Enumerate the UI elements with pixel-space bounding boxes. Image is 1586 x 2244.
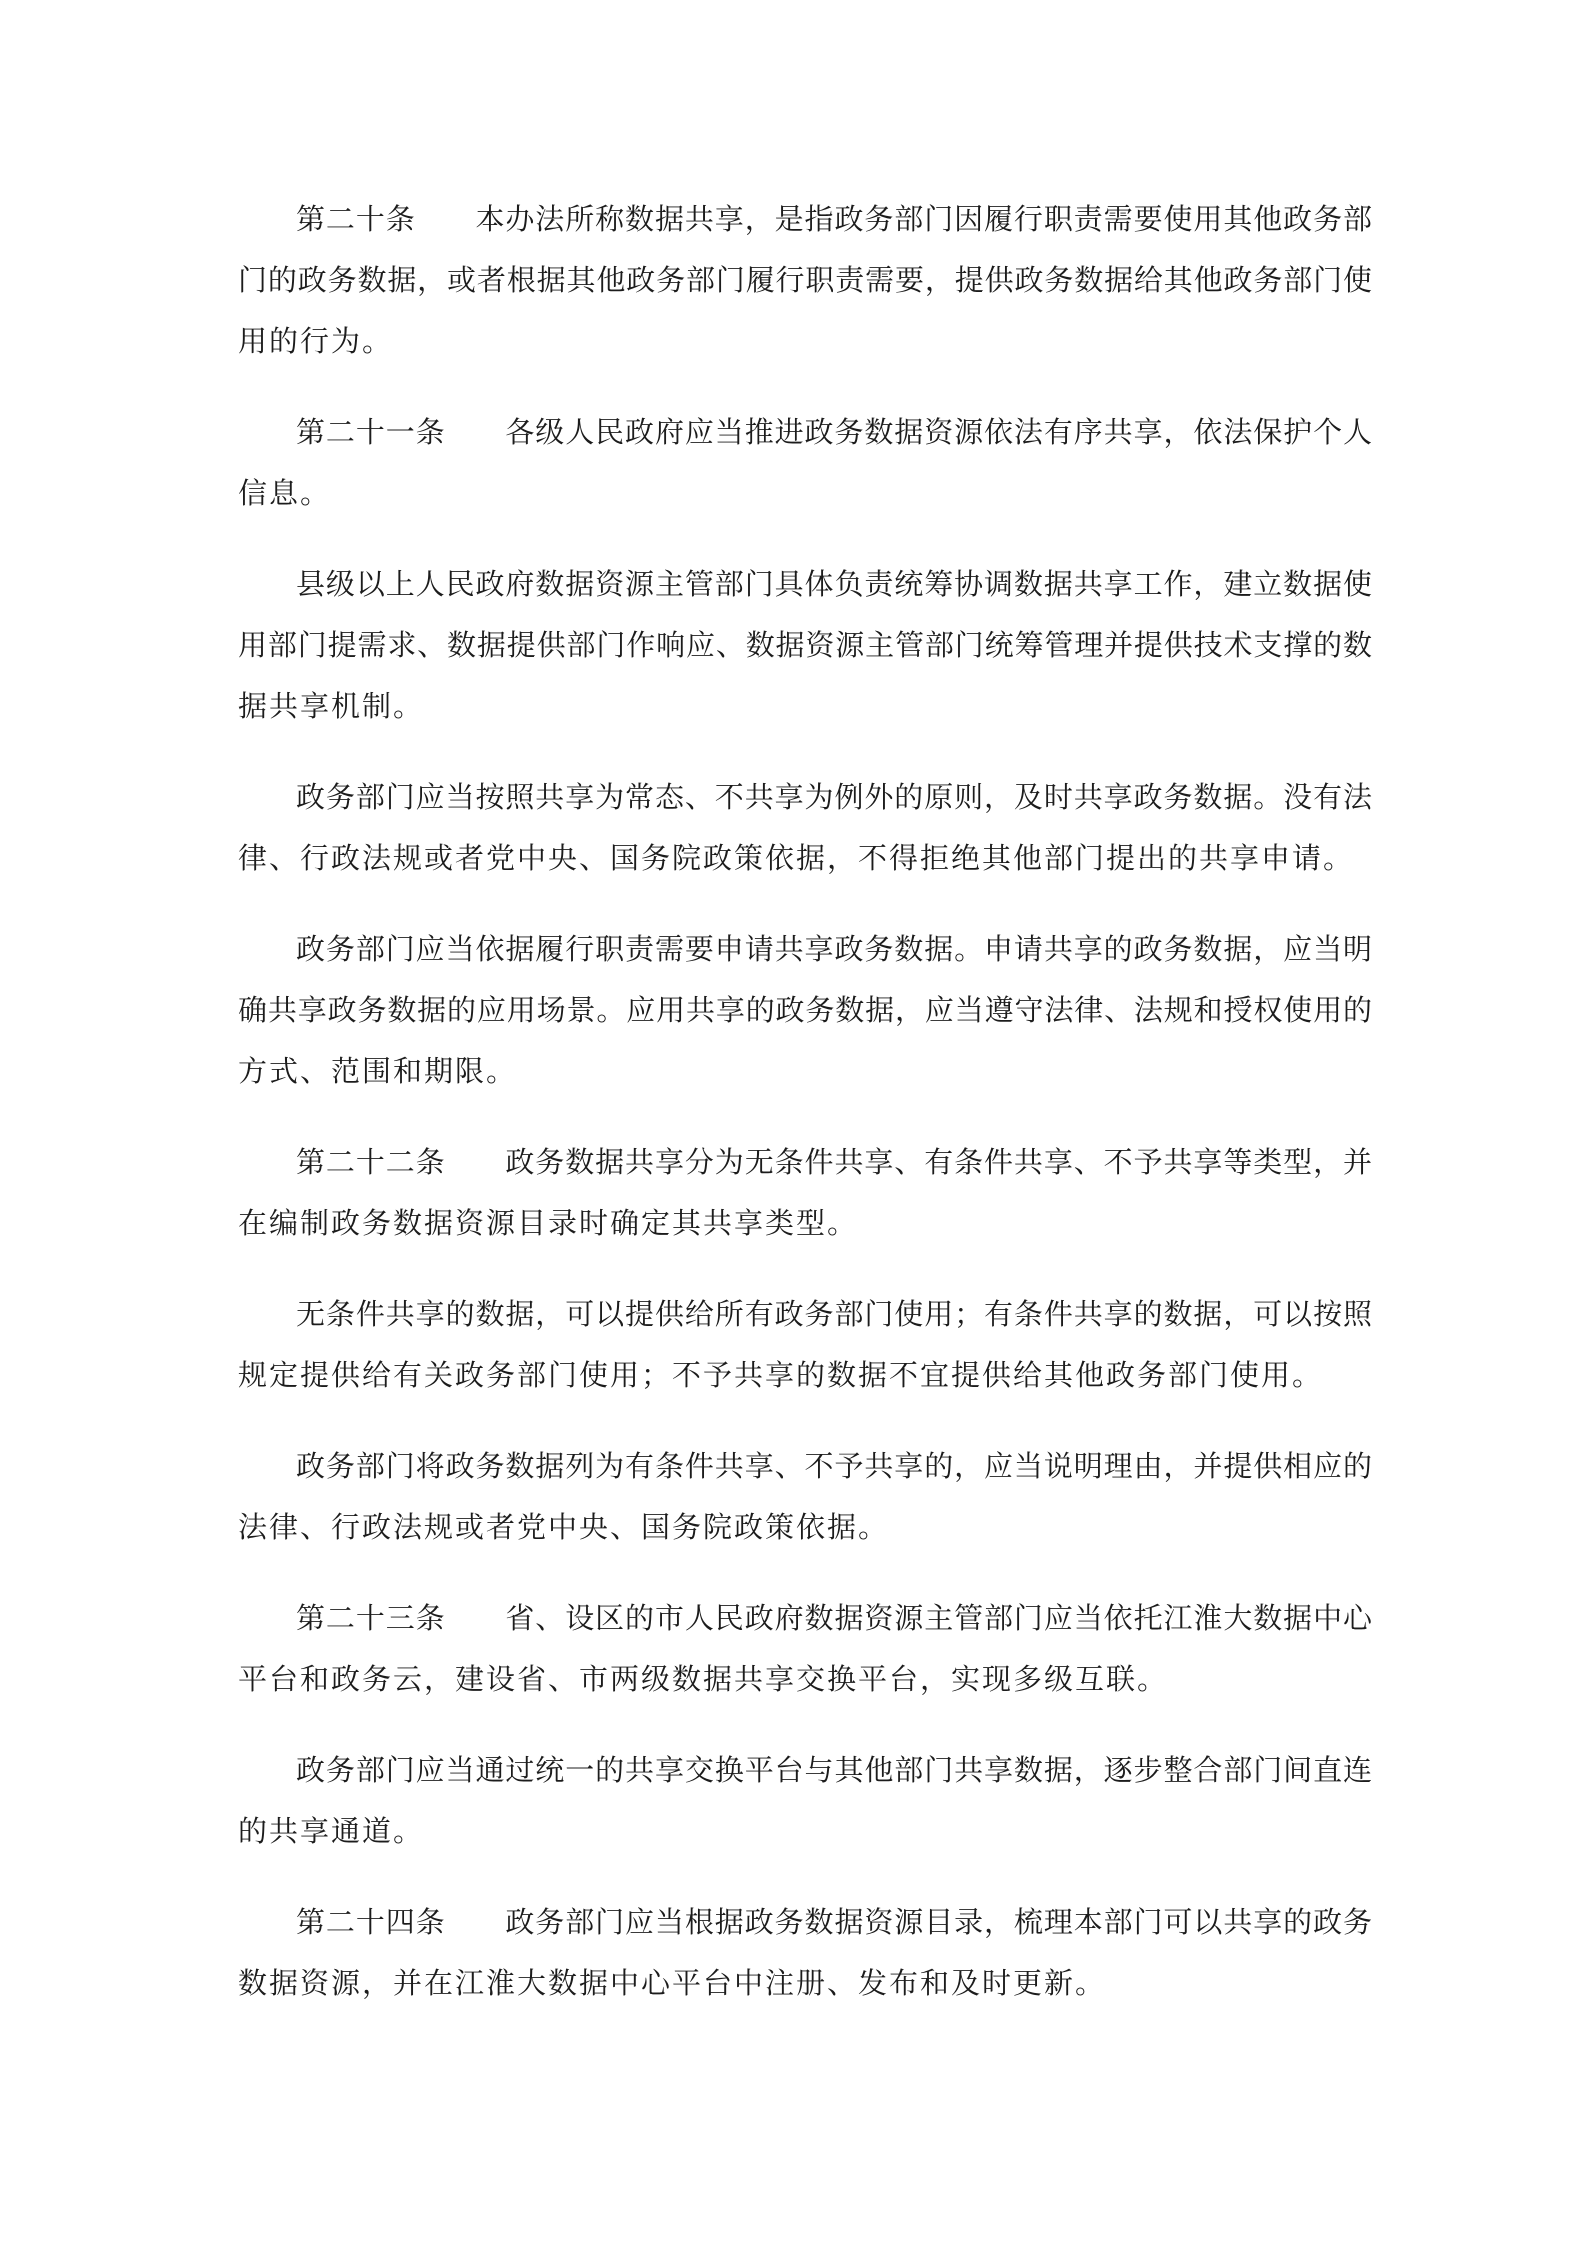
article-22-paragraph-3: 政务部门将政务数据列为有条件共享、不予共享的，应当说明理由，并提供相应的 法律、… xyxy=(238,1437,1372,1559)
text-line: 第二十二条 政务数据共享分为无条件共享、有条件共享、不予共享等类型，并 xyxy=(238,1133,1372,1194)
article-23-paragraph-1: 第二十三条 省、设区的市人民政府数据资源主管部门应当依托江淮大数据中心 平台和政… xyxy=(238,1589,1372,1711)
article-23-paragraph-2: 政务部门应当通过统一的共享交换平台与其他部门共享数据，逐步整合部门间直连 的共享… xyxy=(238,1741,1372,1863)
text-line: 确共享政务数据的应用场景。应用共享的政务数据，应当遵守法律、法规和授权使用的 xyxy=(238,981,1372,1042)
text-line: 方式、范围和期限。 xyxy=(238,1042,1372,1103)
text-line: 据共享机制。 xyxy=(238,677,1372,738)
article-22-paragraph-2: 无条件共享的数据，可以提供给所有政务部门使用；有条件共享的数据，可以按照 规定提… xyxy=(238,1285,1372,1407)
text-line: 在编制政务数据资源目录时确定其共享类型。 xyxy=(238,1194,1372,1255)
text-line: 数据资源，并在江淮大数据中心平台中注册、发布和及时更新。 xyxy=(238,1954,1372,2015)
text-line: 第二十三条 省、设区的市人民政府数据资源主管部门应当依托江淮大数据中心 xyxy=(238,1589,1372,1650)
text-line: 的共享通道。 xyxy=(238,1802,1372,1863)
text-line: 政务部门应当依据履行职责需要申请共享政务数据。申请共享的政务数据，应当明 xyxy=(238,920,1372,981)
article-24-paragraph: 第二十四条 政务部门应当根据政务数据资源目录，梳理本部门可以共享的政务 数据资源… xyxy=(238,1893,1372,2015)
text-line: 法律、行政法规或者党中央、国务院政策依据。 xyxy=(238,1498,1372,1559)
text-line: 政务部门将政务数据列为有条件共享、不予共享的，应当说明理由，并提供相应的 xyxy=(238,1437,1372,1498)
text-line: 平台和政务云，建设省、市两级数据共享交换平台，实现多级互联。 xyxy=(238,1650,1372,1711)
document-body: 第二十条 本办法所称数据共享，是指政务部门因履行职责需要使用其他政务部 门的政务… xyxy=(238,190,1372,2015)
document-page: 第二十条 本办法所称数据共享，是指政务部门因履行职责需要使用其他政务部 门的政务… xyxy=(0,0,1586,2244)
text-line: 规定提供给有关政务部门使用；不予共享的数据不宜提供给其他政务部门使用。 xyxy=(238,1346,1372,1407)
article-21-paragraph-4: 政务部门应当依据履行职责需要申请共享政务数据。申请共享的政务数据，应当明 确共享… xyxy=(238,920,1372,1103)
article-22-paragraph-1: 第二十二条 政务数据共享分为无条件共享、有条件共享、不予共享等类型，并 在编制政… xyxy=(238,1133,1372,1255)
text-line: 县级以上人民政府数据资源主管部门具体负责统筹协调数据共享工作，建立数据使 xyxy=(238,555,1372,616)
text-line: 律、行政法规或者党中央、国务院政策依据，不得拒绝其他部门提出的共享申请。 xyxy=(238,829,1372,890)
article-21-paragraph-2: 县级以上人民政府数据资源主管部门具体负责统筹协调数据共享工作，建立数据使 用部门… xyxy=(238,555,1372,738)
article-20-paragraph: 第二十条 本办法所称数据共享，是指政务部门因履行职责需要使用其他政务部 门的政务… xyxy=(238,190,1372,373)
text-line: 第二十条 本办法所称数据共享，是指政务部门因履行职责需要使用其他政务部 xyxy=(238,190,1372,251)
text-line: 用的行为。 xyxy=(238,312,1372,373)
text-line: 无条件共享的数据，可以提供给所有政务部门使用；有条件共享的数据，可以按照 xyxy=(238,1285,1372,1346)
text-line: 第二十四条 政务部门应当根据政务数据资源目录，梳理本部门可以共享的政务 xyxy=(238,1893,1372,1954)
text-line: 用部门提需求、数据提供部门作响应、数据资源主管部门统筹管理并提供技术支撑的数 xyxy=(238,616,1372,677)
text-line: 门的政务数据，或者根据其他政务部门履行职责需要，提供政务数据给其他政务部门使 xyxy=(238,251,1372,312)
text-line: 政务部门应当通过统一的共享交换平台与其他部门共享数据，逐步整合部门间直连 xyxy=(238,1741,1372,1802)
article-21-paragraph-1: 第二十一条 各级人民政府应当推进政务数据资源依法有序共享，依法保护个人 信息。 xyxy=(238,403,1372,525)
article-21-paragraph-3: 政务部门应当按照共享为常态、不共享为例外的原则，及时共享政务数据。没有法 律、行… xyxy=(238,768,1372,890)
text-line: 信息。 xyxy=(238,464,1372,525)
text-line: 第二十一条 各级人民政府应当推进政务数据资源依法有序共享，依法保护个人 xyxy=(238,403,1372,464)
text-line: 政务部门应当按照共享为常态、不共享为例外的原则，及时共享政务数据。没有法 xyxy=(238,768,1372,829)
